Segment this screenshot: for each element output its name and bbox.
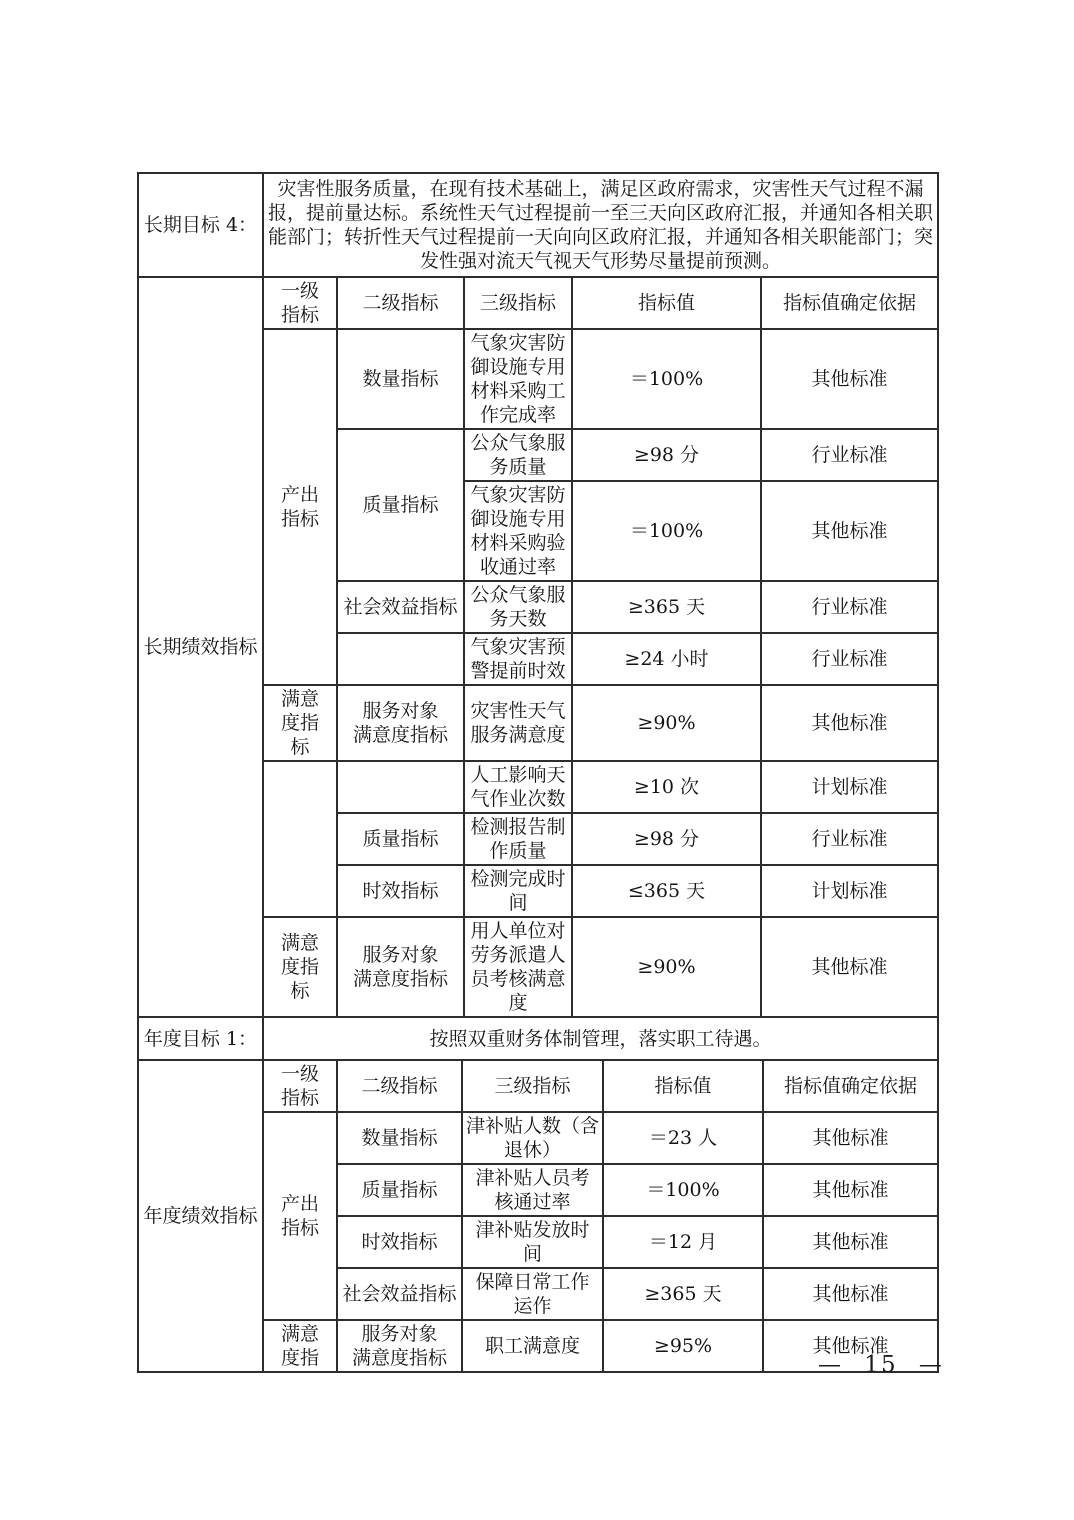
header-level3: 三级指标 xyxy=(464,277,572,329)
cell-level3: 气象灾害防 御设施专用 材料采购验 收通过率 xyxy=(464,481,572,581)
cell-value: ≥98 分 xyxy=(572,429,761,481)
long-term-goal-text: 灾害性服务质量，在现有技术基础上，满足区政府需求，灾害性天气过程不漏报，提前量达… xyxy=(263,173,938,277)
annual-goal-row: 年度目标 1： 按照双重财务体制管理，落实职工待遇。 xyxy=(137,1016,939,1061)
cell-basis: 行业标准 xyxy=(761,581,938,633)
cell-level3: 津补贴人数（含 退休） xyxy=(462,1112,603,1164)
cell-basis: 计划标准 xyxy=(761,865,938,917)
cell-value: ＝100% xyxy=(603,1164,763,1216)
cell-level1 xyxy=(263,761,337,917)
document-page: 长期目标 4： 灾害性服务质量，在现有技术基础上，满足区政府需求，灾害性天气过程… xyxy=(0,0,1074,1520)
cell-level3: 检测完成时 间 xyxy=(464,865,572,917)
cell-value: ≥10 次 xyxy=(572,761,761,813)
cell-level3: 公众气象服 务质量 xyxy=(464,429,572,481)
header-basis: 指标值确定依据 xyxy=(761,277,938,329)
cell-level1: 满意 度指 xyxy=(263,1320,337,1372)
cell-level2: 时效指标 xyxy=(337,1216,462,1268)
cell-level2 xyxy=(337,761,464,813)
header-level3: 三级指标 xyxy=(462,1060,603,1112)
cell-level3: 检测报告制 作质量 xyxy=(464,813,572,865)
cell-level2: 质量指标 xyxy=(337,429,464,581)
cell-basis: 其他标准 xyxy=(761,917,938,1017)
cell-value: ≤365 天 xyxy=(572,865,761,917)
cell-value: ＝100% xyxy=(572,329,761,429)
long-term-indicator-table: 长期绩效指标 一级 指标 二级指标 三级指标 指标值 指标值确定依据 产出 指标… xyxy=(137,276,939,1018)
annual-indicator-table: 年度绩效指标 一级 指标 二级指标 三级指标 指标值 指标值确定依据 产出 指标… xyxy=(137,1059,939,1373)
cell-level2: 质量指标 xyxy=(337,813,464,865)
cell-level2: 数量指标 xyxy=(337,1112,462,1164)
cell-value: ≥95% xyxy=(603,1320,763,1372)
cell-basis: 其他标准 xyxy=(763,1216,938,1268)
annual-goal-text: 按照双重财务体制管理，落实职工待遇。 xyxy=(263,1017,938,1060)
cell-level3: 灾害性天气 服务满意度 xyxy=(464,685,572,761)
cell-value: ≥90% xyxy=(572,685,761,761)
cell-level2: 时效指标 xyxy=(337,865,464,917)
cell-basis: 行业标准 xyxy=(761,813,938,865)
cell-basis: 其他标准 xyxy=(761,481,938,581)
cell-level3: 用人单位对 劳务派遣人 员考核满意 度 xyxy=(464,917,572,1017)
header-level1: 一级 指标 xyxy=(263,1060,337,1112)
cell-value: ≥24 小时 xyxy=(572,633,761,685)
long-term-goal-label: 长期目标 4： xyxy=(138,173,263,277)
cell-level2 xyxy=(337,633,464,685)
cell-basis: 行业标准 xyxy=(761,633,938,685)
cell-value: ＝100% xyxy=(572,481,761,581)
cell-level3: 保障日常工作 运作 xyxy=(462,1268,603,1320)
cell-level2: 服务对象 满意度指标 xyxy=(337,917,464,1017)
cell-basis: 行业标准 xyxy=(761,429,938,481)
performance-indicator-sheet: 长期目标 4： 灾害性服务质量，在现有技术基础上，满足区政府需求，灾害性天气过程… xyxy=(137,172,939,1373)
cell-value: ＝23 人 xyxy=(603,1112,763,1164)
cell-value: ≥365 天 xyxy=(572,581,761,633)
cell-level3: 职工满意度 xyxy=(462,1320,603,1372)
cell-level2: 服务对象 满意度指标 xyxy=(337,1320,462,1372)
header-level2: 二级指标 xyxy=(337,277,464,329)
table-row-label: 年度绩效指标 xyxy=(138,1060,263,1372)
cell-level3: 公众气象服 务天数 xyxy=(464,581,572,633)
annual-goal-label: 年度目标 1： xyxy=(138,1017,263,1060)
cell-level3: 气象灾害防 御设施专用 材料采购工 作完成率 xyxy=(464,329,572,429)
cell-level2: 社会效益指标 xyxy=(337,581,464,633)
cell-level1: 产出 指标 xyxy=(263,329,337,685)
cell-level2: 社会效益指标 xyxy=(337,1268,462,1320)
cell-basis: 其他标准 xyxy=(763,1112,938,1164)
cell-value: ≥365 天 xyxy=(603,1268,763,1320)
table-header-row: 长期绩效指标 一级 指标 二级指标 三级指标 指标值 指标值确定依据 xyxy=(138,277,938,329)
long-term-goal-row: 长期目标 4： 灾害性服务质量，在现有技术基础上，满足区政府需求，灾害性天气过程… xyxy=(137,172,939,278)
cell-level2: 质量指标 xyxy=(337,1164,462,1216)
cell-level1: 满意 度指 标 xyxy=(263,917,337,1017)
cell-level3: 气象灾害预 警提前时效 xyxy=(464,633,572,685)
cell-value: ≥90% xyxy=(572,917,761,1017)
page-number: — 15 — xyxy=(818,1352,944,1378)
cell-level3: 人工影响天 气作业次数 xyxy=(464,761,572,813)
cell-level3: 津补贴发放时 间 xyxy=(462,1216,603,1268)
cell-basis: 其他标准 xyxy=(761,685,938,761)
cell-basis: 其他标准 xyxy=(761,329,938,429)
header-level2: 二级指标 xyxy=(337,1060,462,1112)
table-row-label: 长期绩效指标 xyxy=(138,277,263,1017)
cell-level2: 服务对象 满意度指标 xyxy=(337,685,464,761)
header-level1: 一级 指标 xyxy=(263,277,337,329)
cell-value: ≥98 分 xyxy=(572,813,761,865)
cell-basis: 其他标准 xyxy=(763,1268,938,1320)
header-basis: 指标值确定依据 xyxy=(763,1060,938,1112)
cell-level1: 满意 度指 标 xyxy=(263,685,337,761)
cell-level1: 产出 指标 xyxy=(263,1112,337,1320)
cell-value: ＝12 月 xyxy=(603,1216,763,1268)
header-value: 指标值 xyxy=(603,1060,763,1112)
header-value: 指标值 xyxy=(572,277,761,329)
cell-level3: 津补贴人员考 核通过率 xyxy=(462,1164,603,1216)
cell-basis: 计划标准 xyxy=(761,761,938,813)
cell-level2: 数量指标 xyxy=(337,329,464,429)
table-header-row: 年度绩效指标 一级 指标 二级指标 三级指标 指标值 指标值确定依据 xyxy=(138,1060,938,1112)
cell-basis: 其他标准 xyxy=(763,1164,938,1216)
